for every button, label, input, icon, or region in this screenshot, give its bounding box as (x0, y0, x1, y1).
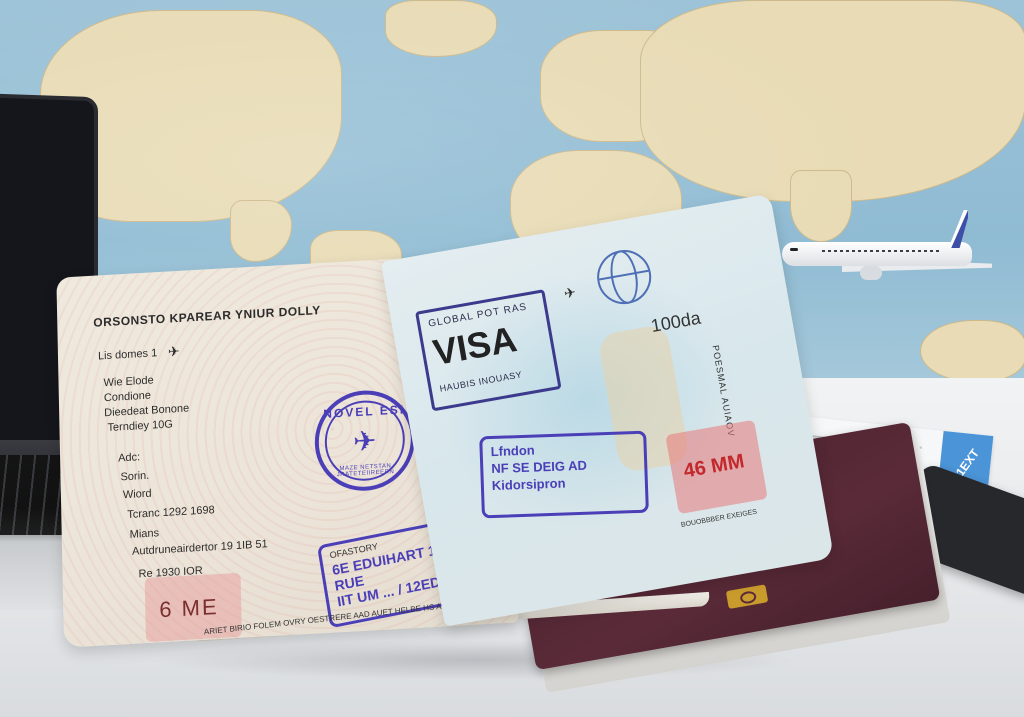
airplane-icon: ✈ (168, 343, 180, 361)
left-page-field: Sorin. (120, 470, 149, 484)
toy-airplane (782, 208, 997, 288)
airplane-cockpit (790, 248, 798, 251)
city-entry-stamp: Lfndon NF SE DEIG AD Kidorsipron (479, 431, 649, 519)
left-page-field: Adc: (118, 451, 140, 464)
passport-right-page: GLOBAL POT RAS VISA HAUBIS INOUASY ✈ 100… (381, 194, 834, 627)
stamp-line: Kidorsipron (492, 472, 638, 494)
travel-scene: 1EXT SPORT PASSPORT ORSONSTO KPAREAR YNI… (0, 0, 1024, 717)
red-box-text: 6 ME (159, 594, 219, 623)
red-visa-sticker: 46 MM (665, 420, 768, 514)
red-visa-text: 46 MM (682, 450, 746, 483)
left-page-field: Mians (130, 527, 160, 541)
airplane-fuselage (782, 242, 972, 266)
open-passport: ORSONSTO KPAREAR YNIUR DOLLY Lis domes 1… (60, 225, 820, 665)
visa-stamp-bottom: HAUBIS INOUASY (439, 369, 523, 393)
airplane-engine (860, 266, 882, 280)
left-page-field: Wiord (123, 488, 152, 502)
airplane-icon: ✈ (319, 422, 412, 460)
airplane-windows (822, 250, 942, 252)
